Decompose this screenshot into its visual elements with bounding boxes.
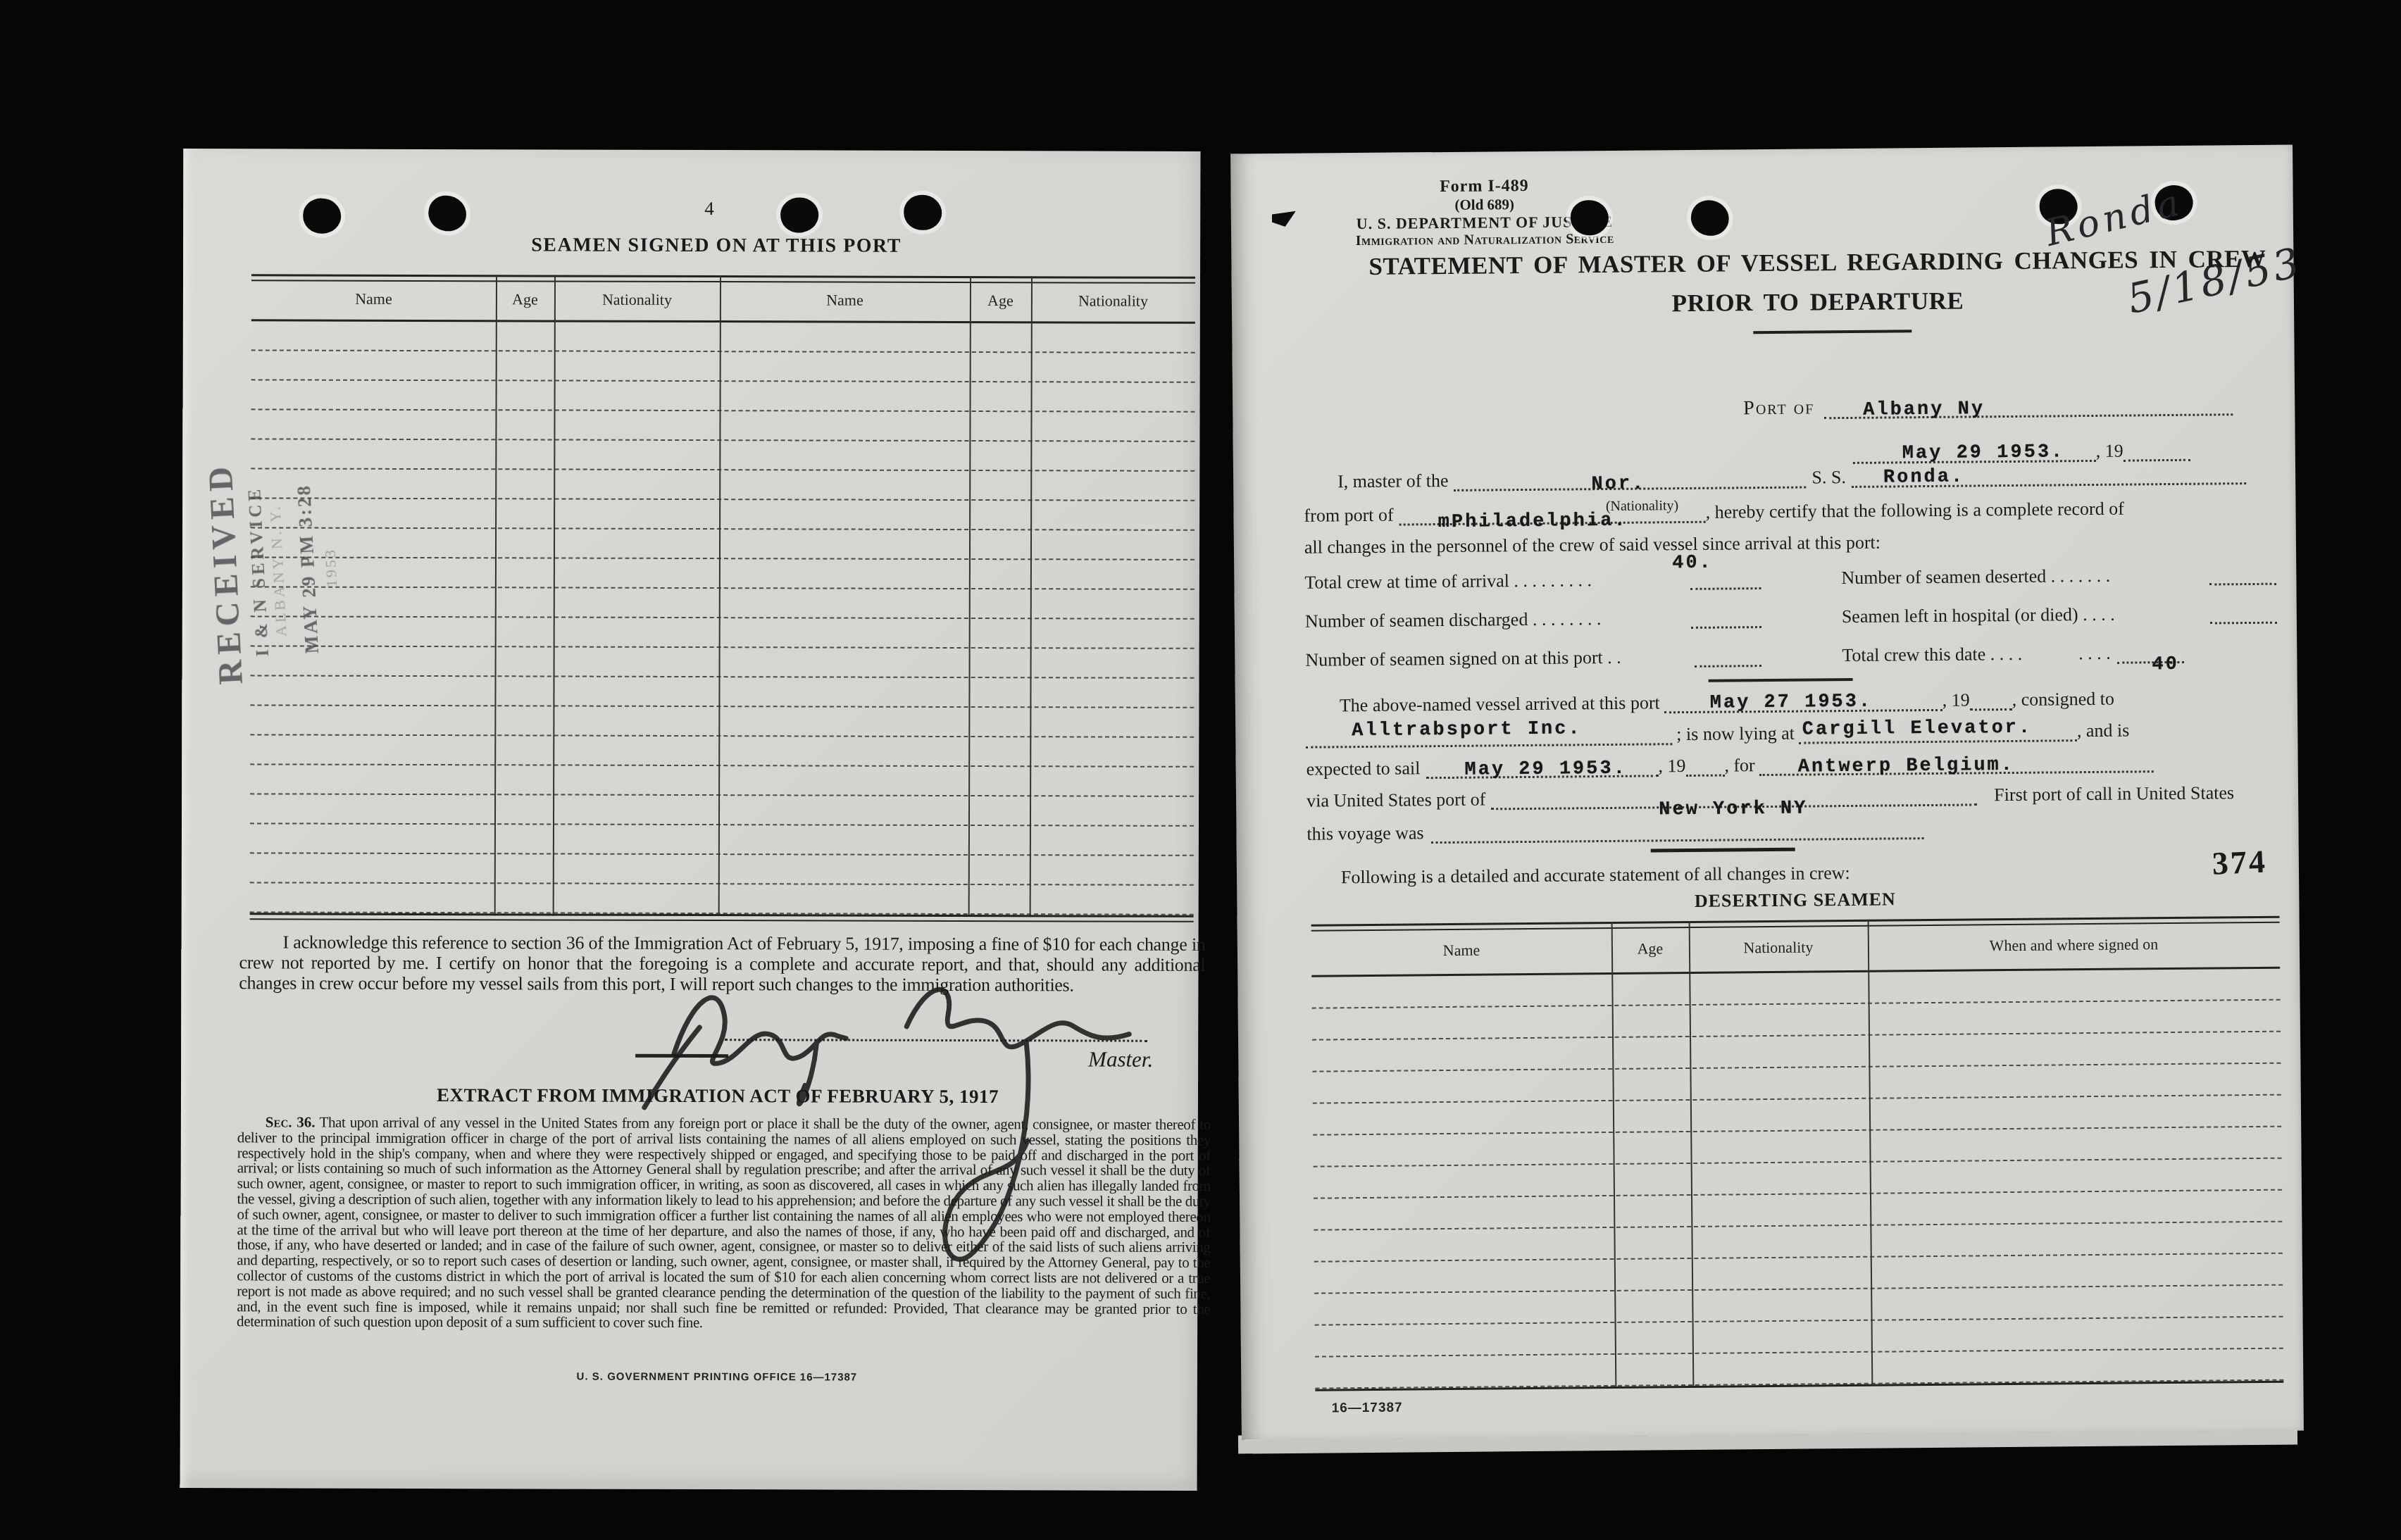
stat-gap (2022, 664, 2078, 665)
arrived-line: The above-named vessel arrived at this p… (1340, 689, 2114, 717)
right-page: Form I-489 (Old 689) U. S. DEPARTMENT OF… (1230, 144, 2304, 1439)
punch-hole (1571, 200, 1609, 235)
column-header-nationality: Nationality (1031, 292, 1195, 311)
table-row (250, 824, 1194, 856)
year-19-label: , 19 (1942, 689, 1970, 710)
extract-body: Sec. 36. That upon arrival of any vessel… (237, 1115, 1211, 1332)
table-top-rule (251, 274, 1195, 284)
lying-label: ; is now lying at (1676, 723, 1795, 745)
sail-date-value: May 29 1953. (1464, 758, 1627, 781)
page-stamp-374: 374 (2212, 842, 2268, 882)
from-port-line: from port of mPhiladelphia. , hereby cer… (1304, 499, 2124, 527)
lying-blank: Cargill Elevator. (1799, 735, 2077, 744)
deserting-seamen-table: Name Age Nationality When and where sign… (1311, 916, 2284, 1391)
table-row (250, 883, 1194, 915)
voyage-underline-mark (1651, 848, 1795, 853)
arrived-date-blank: May 27 1953. (1664, 705, 1942, 713)
from-port-value: mPhiladelphia. (1438, 511, 1628, 533)
consigned-label: , consigned to (2012, 689, 2114, 710)
stat-label: Number of seamen signed on at this port … (1305, 647, 1621, 671)
voyage-line: this voyage was (1306, 818, 1923, 845)
and-is-label: , and is (2077, 720, 2130, 742)
consignee-blank: Alltrabsport Inc. (1306, 739, 1672, 749)
destination-value: Antwerp Belgium. (1798, 755, 2015, 778)
gpo-footer: U. S. GOVERNMENT PRINTING OFFICE 16—1738… (237, 1370, 1197, 1384)
year-blank (2124, 455, 2190, 462)
consignee-value: Alltrabsport Inc. (1352, 718, 1582, 741)
column-header-name: Name (1311, 940, 1611, 961)
port-of-line: Port of Albany Ny (1743, 393, 2233, 420)
for-label: , for (1724, 755, 1755, 776)
stat-dots: . . . . (2078, 643, 2111, 664)
stat-blank (2210, 618, 2277, 625)
sail-date-blank: May 29 1953. (1426, 770, 1658, 779)
stat-label: Total crew this date . . . . (1842, 644, 2022, 666)
all-changes-text: all changes in the personnel of the crew… (1304, 532, 1881, 558)
column-header-name: Name (251, 289, 496, 308)
punch-hole (904, 195, 942, 230)
table-top-rule (1311, 916, 2280, 932)
consignee-line: Alltrabsport Inc. ; is now lying at Carg… (1306, 720, 2129, 749)
total-date-value: 40 (2152, 654, 2179, 675)
arrived-date-value: May 27 1953. (1710, 691, 1873, 714)
table-row (251, 321, 1195, 353)
table-row (250, 735, 1194, 768)
arrived-intro: The above-named vessel arrived at this p… (1340, 692, 1660, 716)
voyage-label: this voyage was (1306, 822, 1423, 844)
nationality-value: Nor. (1591, 473, 1645, 495)
master-line: I, master of the Nor. (Nationality) S. S… (1337, 463, 2246, 492)
punch-hole (778, 194, 821, 236)
table-row (251, 380, 1195, 413)
punch-hole (1688, 197, 1732, 239)
stat-deserted: Number of seamen deserted . . . . . . . (1841, 564, 2276, 589)
extract-title: EXTRACT FROM IMMIGRATION ACT OF FEBRUARY… (237, 1084, 1198, 1108)
service-name: Immigration and Naturalization Service (1316, 230, 1654, 249)
stat-signed-on: Number of seamen signed on at this port … (1305, 646, 1761, 671)
stat-label: Seamen left in hospital (or died) . . . … (1842, 604, 2115, 627)
date-line: May 29 1953. , 19 (1853, 440, 2190, 464)
title-underline (1753, 330, 1912, 334)
stat-total-date: Total crew this date . . . . . . . . (1842, 641, 2277, 666)
left-page: 4 SEAMEN SIGNED ON AT THIS PORT Name Age… (180, 149, 1201, 1491)
column-header-age: Age (970, 292, 1031, 310)
year-blank (1970, 704, 2012, 711)
column-header-age: Age (496, 290, 554, 308)
year-19-label: , 19 (1658, 756, 1685, 777)
stats-underline-mark (1709, 678, 1853, 682)
vessel-value: Ronda. (1883, 467, 1964, 489)
punch-hole (303, 199, 341, 234)
stat-blank (1695, 661, 1761, 668)
pen-mark (1272, 211, 1296, 227)
nationality-blank: Nor. (Nationality) (1454, 482, 1807, 491)
stat-label: Total crew at time of arrival . . . . . … (1304, 570, 1592, 594)
stat-hospital: Seamen left in hospital (or died) . . . … (1842, 603, 2277, 627)
via-label: via United States port of (1306, 789, 1485, 811)
year-19-label: , 19 (2096, 441, 2124, 462)
table-body-rows (1311, 969, 2283, 1389)
voyage-blank (1431, 833, 1924, 844)
stat-label: Number of seamen deserted . . . . . . . (1841, 565, 2110, 589)
vessel-blank: Ronda. (1852, 478, 2246, 488)
table-row (250, 765, 1194, 797)
stat-blank (1690, 583, 1761, 590)
stat-discharged: Number of seamen discharged . . . . . . … (1305, 607, 1761, 632)
date-blank: May 29 1953. (1853, 456, 2096, 464)
date-value: May 29 1953. (1902, 442, 2065, 464)
ss-label: S. S. (1811, 467, 1846, 488)
page-number: 4 (704, 198, 714, 220)
table-row (250, 794, 1194, 827)
table-row (250, 853, 1194, 886)
stat-label: Number of seamen discharged . . . . . . … (1305, 608, 1602, 632)
following-text: Following is a detailed and accurate sta… (1341, 863, 1850, 888)
port-of-blank: Albany Ny (1824, 409, 2233, 419)
table-bottom-rule (250, 913, 1194, 922)
scanned-document: 4 SEAMEN SIGNED ON AT THIS PORT Name Age… (0, 0, 2401, 1540)
year-blank (1685, 770, 1724, 777)
stat-blank (2209, 579, 2276, 586)
from-port-blank: mPhiladelphia. (1399, 517, 1706, 526)
from-port-label: from port of (1304, 505, 1393, 527)
received-stamp: RECEIVED I & N SERVICE ALBANY N. Y. MAY … (199, 411, 446, 725)
extract-section-text: That upon arrival of any vessel in the U… (237, 1114, 1211, 1332)
form-number: Form I-489 (1315, 175, 1653, 197)
first-port-value: New York NY (1659, 799, 1807, 821)
first-port-label: First port of call in United States (1994, 782, 2234, 806)
sail-label: expected to sail (1306, 758, 1421, 780)
deserting-seamen-title: DESERTING SEAMEN (1311, 886, 2279, 915)
port-of-value: Albany Ny (1863, 399, 1985, 421)
lying-value: Cargill Elevator. (1802, 718, 2033, 741)
punch-hole (425, 192, 470, 235)
master-intro: I, master of the (1337, 470, 1449, 492)
table-row (251, 351, 1195, 383)
sail-line: expected to sail May 29 1953. , 19 , for… (1306, 751, 2154, 780)
destination-blank: Antwerp Belgium. (1759, 766, 2154, 776)
column-header-nationality: Nationality (1689, 938, 1868, 958)
certify-text: , hereby certify that the following is a… (1705, 499, 2124, 523)
column-header-age: Age (1611, 939, 1689, 958)
column-header-when-where: When and where signed on (1868, 934, 2280, 956)
left-page-title: SEAMEN SIGNED ON AT THIS PORT (232, 233, 1200, 258)
stat-blank (1691, 622, 1761, 629)
column-header-name: Name (720, 291, 970, 310)
stat-total-arrival: Total crew at time of arrival . . . . . … (1304, 568, 1761, 594)
form-footer-number: 16—17387 (1332, 1401, 1403, 1417)
extract-section-ref: Sec. 36. (266, 1113, 316, 1130)
port-of-label: Port of (1743, 396, 1814, 420)
column-header-nationality: Nationality (554, 290, 720, 309)
